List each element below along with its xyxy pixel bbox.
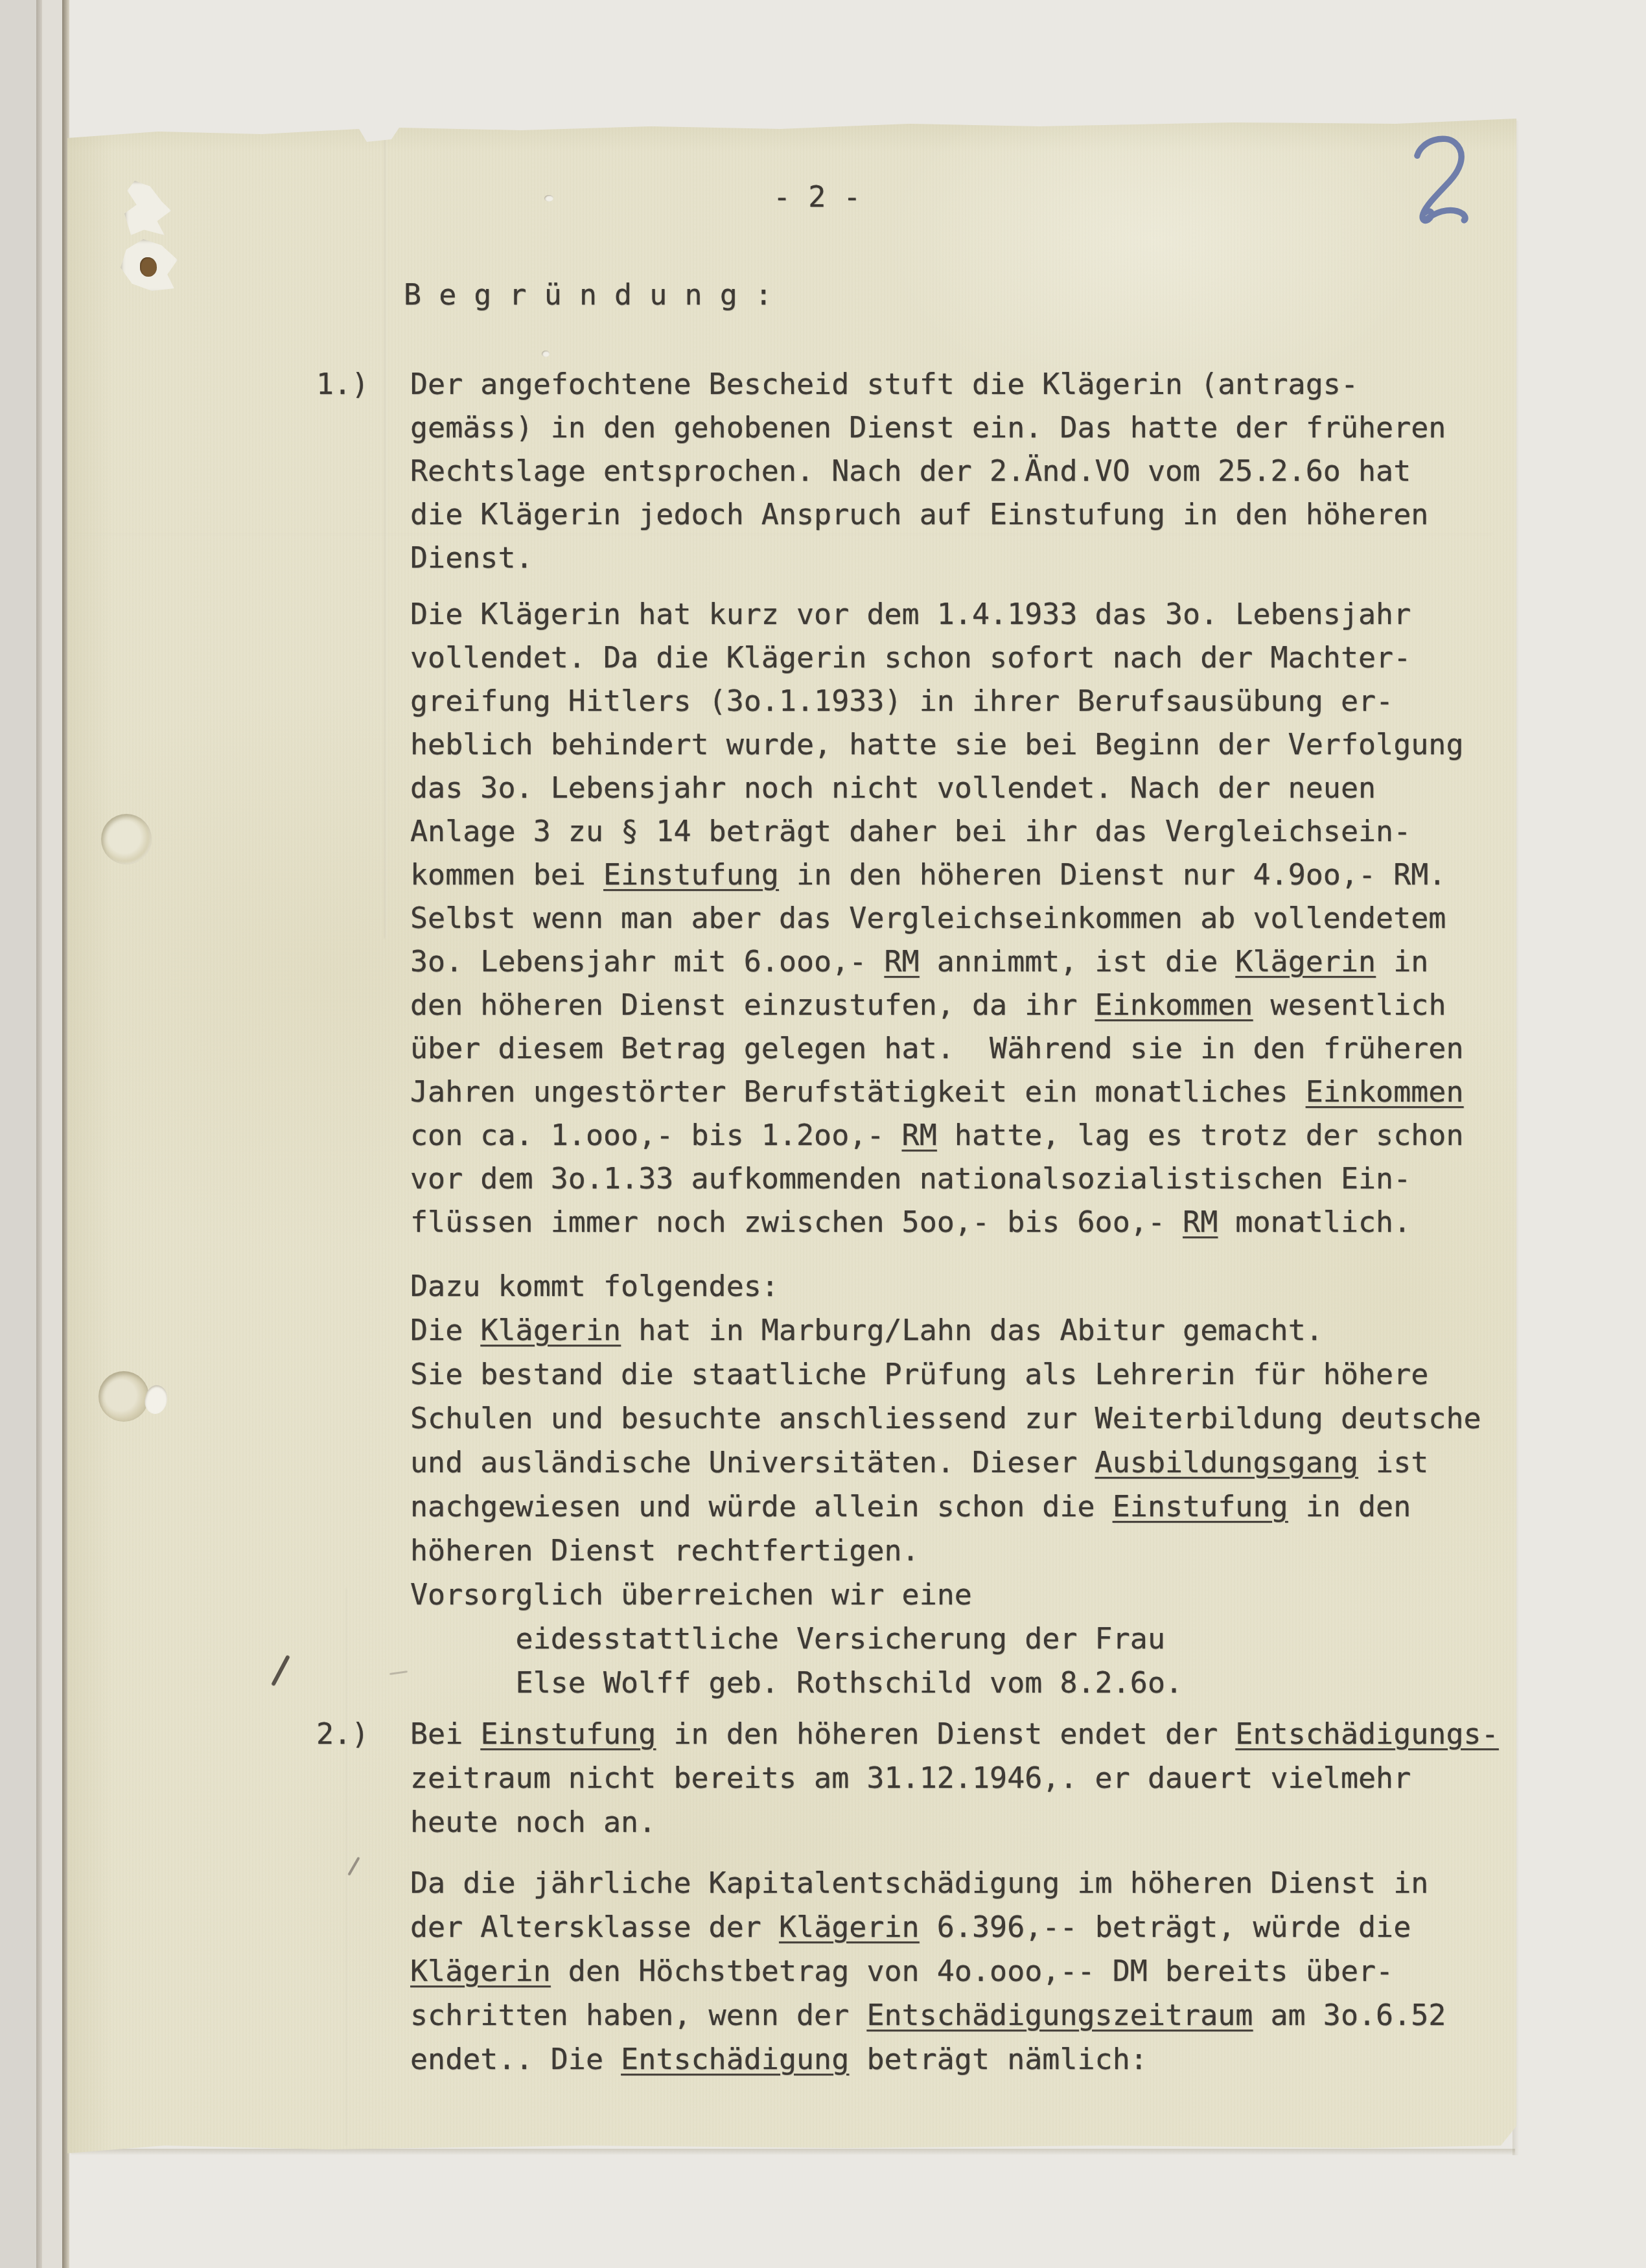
typed-line: den höheren Dienst einzustufen, da ihr E… bbox=[410, 983, 1464, 1026]
paper-damage-spot bbox=[140, 257, 157, 277]
typed-line: Dienst. bbox=[410, 536, 1446, 579]
item-number: 2.) bbox=[316, 1712, 369, 1755]
typed-line: Anlage 3 zu § 14 beträgt daher bei ihr d… bbox=[410, 809, 1464, 853]
typed-line: das 3o. Lebensjahr noch nicht vollendet.… bbox=[410, 766, 1464, 809]
typed-line: Die Klägerin hat in Marburg/Lahn das Abi… bbox=[410, 1308, 1481, 1352]
typed-line: über diesem Betrag gelegen hat. Während … bbox=[410, 1026, 1464, 1070]
typed-line: der Altersklasse der Klägerin 6.396,-- b… bbox=[410, 1905, 1446, 1949]
typed-line: endet.. Die Entschädigung beträgt nämlic… bbox=[410, 2037, 1446, 2081]
typed-line: vollendet. Da die Klägerin schon sofort … bbox=[410, 636, 1464, 679]
paragraph: Der angefochtene Bescheid stuft die Kläg… bbox=[410, 362, 1446, 579]
scanned-document-screenshot: { "page": { "typed_page_number": "- 2 -"… bbox=[0, 0, 1646, 2268]
typed-line: greifung Hitlers (3o.1.1933) in ihrer Be… bbox=[410, 679, 1464, 723]
typed-line: heblich behindert wurde, hatte sie bei B… bbox=[410, 723, 1464, 766]
typed-line: Jahren ungestörter Berufstätigkeit ein m… bbox=[410, 1070, 1464, 1113]
typed-line: eidesstattliche Versicherung der Frau bbox=[410, 1617, 1481, 1661]
typed-line: Selbst wenn man aber das Vergleichseinko… bbox=[410, 896, 1464, 940]
background-page-edge-strip bbox=[42, 0, 62, 2268]
paragraph: Bei Einstufung in den höheren Dienst end… bbox=[410, 1712, 1499, 1844]
paper-crease bbox=[346, 1588, 348, 2146]
background-page-edge-strip bbox=[0, 0, 36, 2268]
typed-line: Bei Einstufung in den höheren Dienst end… bbox=[410, 1712, 1499, 1756]
sheet-bottom-edge-shadow bbox=[71, 2149, 1515, 2155]
punch-hole bbox=[99, 1371, 149, 1422]
paper-damage bbox=[124, 181, 171, 235]
paper-dent bbox=[542, 351, 550, 357]
typed-line: schritten haben, wenn der Entschädigungs… bbox=[410, 1993, 1446, 2037]
typed-line: B e g r ü n d u n g : bbox=[404, 273, 772, 316]
page-title: B e g r ü n d u n g : bbox=[404, 273, 772, 316]
typed-line: 2.) bbox=[316, 1712, 369, 1755]
typed-line: zeitraum nicht bereits am 31.12.1946,. e… bbox=[410, 1756, 1499, 1800]
item-number: 1.) bbox=[316, 362, 369, 406]
typed-line: 3o. Lebensjahr mit 6.ooo,- RM annimmt, i… bbox=[410, 940, 1464, 983]
typed-line: Da die jährliche Kapitalentschädigung im… bbox=[410, 1861, 1446, 1905]
typed-line: höheren Dienst rechtfertigen. bbox=[410, 1529, 1481, 1573]
paper-crease bbox=[384, 125, 386, 938]
handwritten-page-number bbox=[1389, 130, 1492, 231]
typed-line: nachgewiesen und würde allein schon die … bbox=[410, 1485, 1481, 1529]
typed-line: Rechtslage entsprochen. Nach der 2.Änd.V… bbox=[410, 449, 1446, 492]
page-edge-seam bbox=[36, 0, 42, 2268]
paper-dent bbox=[544, 195, 553, 202]
typed-page-number: - 2 - bbox=[773, 175, 861, 218]
paragraph: Die Klägerin hat kurz vor dem 1.4.1933 d… bbox=[410, 592, 1464, 1244]
typed-line: Schulen und besuchte anschliessend zur W… bbox=[410, 1396, 1481, 1441]
paper-damage bbox=[121, 239, 178, 291]
typed-line: Die Klägerin hat kurz vor dem 1.4.1933 d… bbox=[410, 592, 1464, 636]
typed-line: die Klägerin jedoch Anspruch auf Einstuf… bbox=[410, 492, 1446, 536]
typed-line: 1.) bbox=[316, 362, 369, 406]
typed-line: - 2 - bbox=[773, 175, 861, 218]
typed-line: vor dem 3o.1.33 aufkommenden nationalsoz… bbox=[410, 1157, 1464, 1200]
typed-line: gemäss) in den gehobenen Dienst ein. Das… bbox=[410, 406, 1446, 449]
paragraph: Da die jährliche Kapitalentschädigung im… bbox=[410, 1861, 1446, 2081]
typed-line: Klägerin den Höchstbetrag von 4o.ooo,-- … bbox=[410, 1949, 1446, 1993]
typed-line: Dazu kommt folgendes: bbox=[410, 1264, 1481, 1308]
typed-line: kommen bei Einstufung in den höheren Die… bbox=[410, 853, 1464, 896]
typed-line: und ausländische Universitäten. Dieser A… bbox=[410, 1441, 1481, 1485]
typed-line: Sie bestand die staatliche Prüfung als L… bbox=[410, 1352, 1481, 1396]
typed-line: Der angefochtene Bescheid stuft die Kläg… bbox=[410, 362, 1446, 406]
typed-line: flüssen immer noch zwischen 5oo,- bis 6o… bbox=[410, 1200, 1464, 1244]
typed-line: Else Wolff geb. Rothschild vom 8.2.6o. bbox=[410, 1661, 1481, 1705]
punch-hole bbox=[101, 814, 152, 864]
paragraph: Dazu kommt folgendes:Die Klägerin hat in… bbox=[410, 1264, 1481, 1705]
typed-line: Vorsorglich überreichen wir eine bbox=[410, 1573, 1481, 1617]
typed-line: heute noch an. bbox=[410, 1800, 1499, 1844]
typed-line: con ca. 1.ooo,- bis 1.2oo,- RM hatte, la… bbox=[410, 1113, 1464, 1157]
